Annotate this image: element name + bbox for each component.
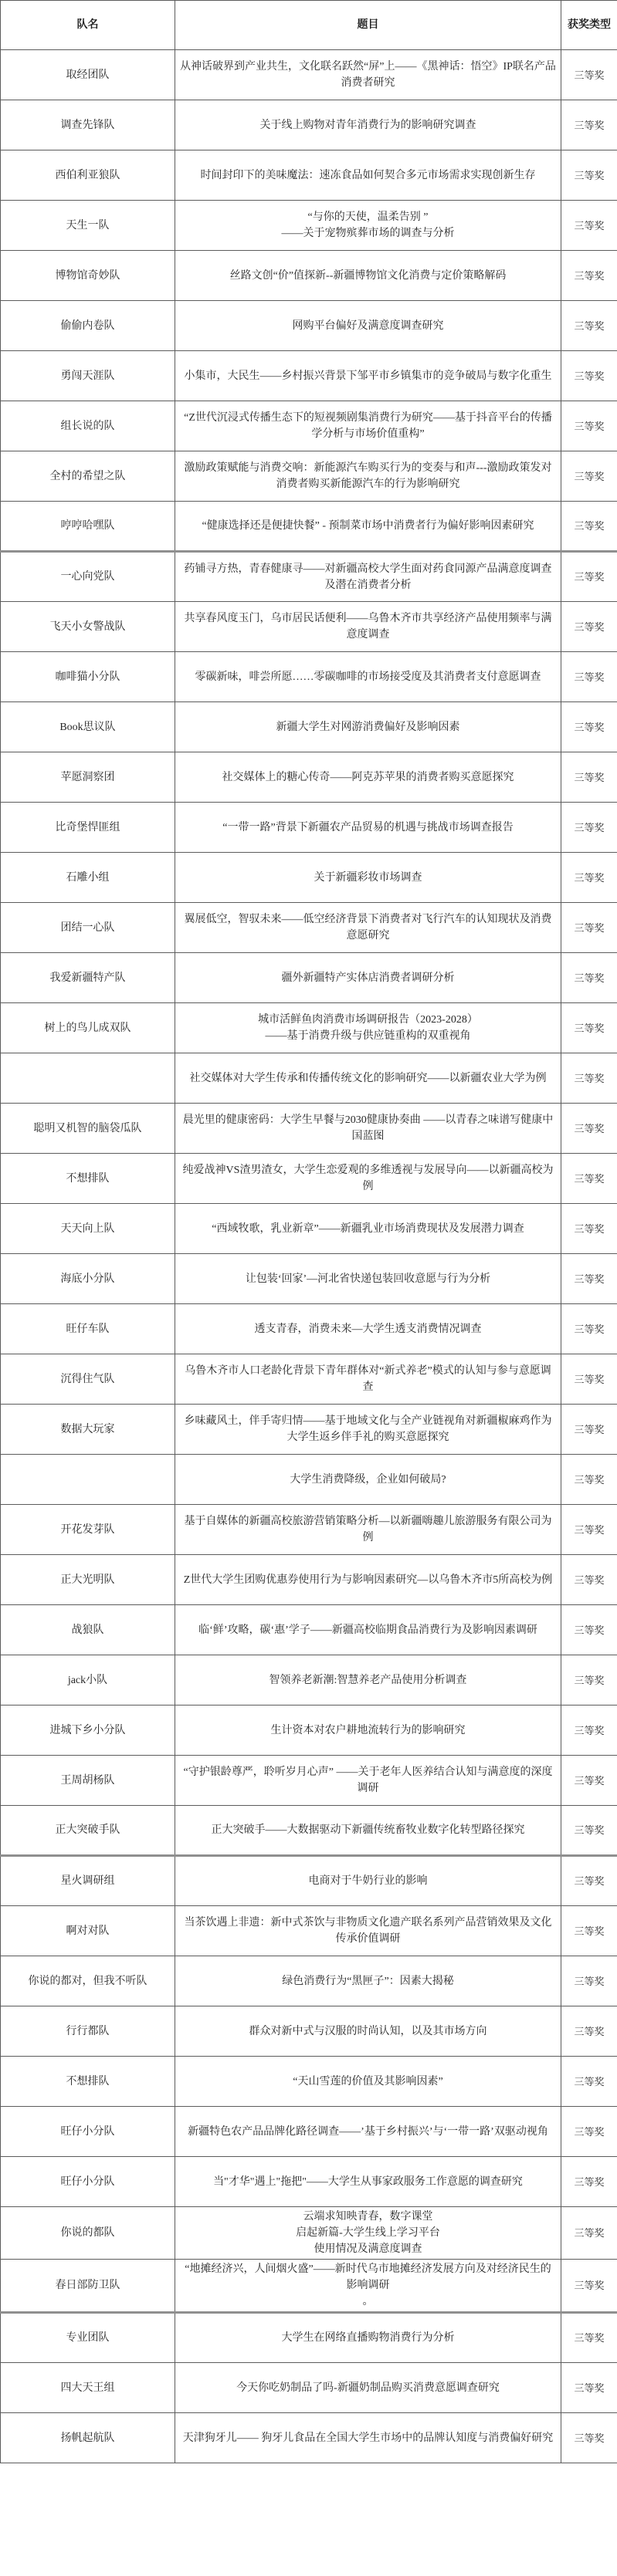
table-row: 社交媒体对大学生传承和传播传统文化的影响研究——以新疆农业大学为例三等奖 [1, 1053, 617, 1104]
team-cell: 正大光明队 [1, 1555, 175, 1605]
title-cell: 乡味藏风土，伴手寄归情——基于地域文化与全产业链视角对新疆椒麻鸡作为大学生返乡伴… [175, 1405, 561, 1455]
table-row: 咖啡猫小分队零碳新味，啡尝所愿……零碳咖啡的市场接受度及其消费者支付意愿调查三等… [1, 652, 617, 702]
title-cell: 今天你吃奶制品了吗-新疆奶制品购买消费意愿调查研究 [175, 2363, 561, 2413]
award-badge: 三等奖 [561, 552, 617, 602]
team-cell: 比奇堡悍匪组 [1, 803, 175, 853]
title-cell: 基于自媒体的新疆高校旅游营销策略分析—以新疆嗨趣儿旅游服务有限公司为例 [175, 1505, 561, 1555]
table-row: 行行都队群众对新中式与汉服的时尚认知，以及其市场方向三等奖 [1, 2006, 617, 2057]
table-row: 旺仔车队透支青春，消费未来—大学生透支消费情况调查三等奖 [1, 1304, 617, 1354]
team-cell: 海底小分队 [1, 1254, 175, 1304]
award-badge: 三等奖 [561, 1605, 617, 1655]
title-cell: 激励政策赋能与消费交响：新能源汽车购买行为的变奏与和声---激励政策发对消费者购… [175, 451, 561, 502]
title-cell: 云端求知映青春，数字课堂 启起新篇-大学生线上学习平台 使用情况及满意度调查 [175, 2207, 561, 2260]
award-badge: 三等奖 [561, 1806, 617, 1856]
table-row: 正大突破手队正大突破手——大数据驱动下新疆传统畜牧业数字化转型路径探究三等奖 [1, 1806, 617, 1856]
title-cell: 天津狗牙儿—— 狗牙儿食品在全国大学生市场中的品牌认知度与消费偏好研究 [175, 2413, 561, 2463]
award-badge: 三等奖 [561, 2057, 617, 2107]
award-badge: 三等奖 [561, 1053, 617, 1104]
award-badge: 三等奖 [561, 451, 617, 502]
award-badge: 三等奖 [561, 1956, 617, 2006]
table-row: 大学生消费降级，企业如何破局?三等奖 [1, 1455, 617, 1505]
title-cell: 晨光里的健康密码：大学生早餐与2030健康协奏曲 ——以青春之味谱写健康中国蓝图 [175, 1104, 561, 1154]
award-badge: 三等奖 [561, 1756, 617, 1806]
team-cell: 啊对对队 [1, 1906, 175, 1956]
table-row: 团结一心队翼展低空，智驭未来——低空经济背景下消费者对飞行汽车的认知现状及消费意… [1, 903, 617, 953]
award-badge: 三等奖 [561, 351, 617, 401]
award-badge: 三等奖 [561, 1706, 617, 1756]
team-cell: 正大突破手队 [1, 1806, 175, 1856]
team-cell: 四大天王组 [1, 2363, 175, 2413]
award-badge: 三等奖 [561, 2107, 617, 2157]
table-row: 星火调研组电商对于牛奶行业的影响三等奖 [1, 1856, 617, 1906]
team-cell: 聪明又机智的脑袋瓜队 [1, 1104, 175, 1154]
title-cell: 疆外新疆特产实体店消费者调研分析 [175, 953, 561, 1003]
table-row: 组长说的队“Z世代沉浸式传播生态下的短视频剧集消费行为研究——基于抖音平台的传播… [1, 401, 617, 451]
award-badge: 三等奖 [561, 752, 617, 803]
team-cell: 进城下乡小分队 [1, 1706, 175, 1756]
title-cell: 共享春风度玉门，乌市居民话便利——乌鲁木齐市共享经济产品使用频率与满意度调查 [175, 602, 561, 652]
award-badge: 三等奖 [561, 2413, 617, 2463]
award-badge: 三等奖 [561, 1154, 617, 1204]
award-badge: 三等奖 [561, 50, 617, 100]
title-cell: 零碳新味，啡尝所愿……零碳咖啡的市场接受度及其消费者支付意愿调查 [175, 652, 561, 702]
title-cell: “健康选择还是便捷快餐” - 预制菜市场中消费者行为偏好影响因素研究 [175, 502, 561, 552]
team-cell: 开花发芽队 [1, 1505, 175, 1555]
team-cell: 团结一心队 [1, 903, 175, 953]
title-cell: 当茶饮遇上非遗：新中式茶饮与非物质文化遗产联名系列产品营销效果及文化传承价值调研 [175, 1906, 561, 1956]
title-cell: 临‘鲜’攻略，碳‘惠’学子——新疆高校临期食品消费行为及影响因素调研 [175, 1605, 561, 1655]
award-badge: 三等奖 [561, 2363, 617, 2413]
title-cell: 关于新疆彩妆市场调查 [175, 853, 561, 903]
table-row: 开花发芽队基于自媒体的新疆高校旅游营销策略分析—以新疆嗨趣儿旅游服务有限公司为例… [1, 1505, 617, 1555]
title-cell: 社交媒体上的糖心传奇——阿克苏苹果的消费者购买意愿探究 [175, 752, 561, 803]
award-badge: 三等奖 [561, 702, 617, 752]
team-cell: 行行都队 [1, 2006, 175, 2057]
table-row: 偷偷内卷队网购平台偏好及满意度调查研究三等奖 [1, 301, 617, 351]
table-row: 取经团队从神话破界到产业共生，文化联名跃然“屏”上——《黑神话：悟空》IP联名产… [1, 50, 617, 100]
table-row: 你说的都对，但我不听队绿色消费行为“黑匣子”：因素大揭秘三等奖 [1, 1956, 617, 2006]
title-cell: 城市活鲜鱼肉消费市场调研报告（2023-2028） ——基于消费升级与供应链重构… [175, 1003, 561, 1053]
team-cell: 博物馆奇妙队 [1, 251, 175, 301]
team-cell: 春日部防卫队 [1, 2260, 175, 2313]
table-row: 正大光明队Z世代大学生团购优惠券使用行为与影响因素研究—以乌鲁木齐市5所高校为例… [1, 1555, 617, 1605]
team-cell: 取经团队 [1, 50, 175, 100]
column-header-award: 获奖类型 [561, 1, 617, 50]
team-cell: 全村的希望之队 [1, 451, 175, 502]
title-cell: “天山雪莲的价值及其影响因素” [175, 2057, 561, 2107]
header-row: 队名 题目 获奖类型 [1, 1, 617, 50]
award-badge: 三等奖 [561, 1354, 617, 1405]
table-row: 西伯利亚狼队时间封印下的美味魔法：速冻食品如何契合多元市场需求实现创新生存三等奖 [1, 150, 617, 201]
title-cell: 让包装‘回家’—河北省快递包装回收意愿与行为分析 [175, 1254, 561, 1304]
award-badge: 三等奖 [561, 100, 617, 150]
team-cell: 你说的都队 [1, 2207, 175, 2260]
title-cell: “地摊经济兴，人间烟火盛”——新时代乌市地摊经济发展方向及对经济民生的影响调研 … [175, 2260, 561, 2313]
award-badge: 三等奖 [561, 1555, 617, 1605]
award-badge: 三等奖 [561, 1856, 617, 1906]
team-cell: 专业团队 [1, 2313, 175, 2363]
table-row: 调查先锋队关于线上购物对青年消费行为的影响研究调查三等奖 [1, 100, 617, 150]
table-row: 战狼队临‘鲜’攻略，碳‘惠’学子——新疆高校临期食品消费行为及影响因素调研三等奖 [1, 1605, 617, 1655]
title-cell: 透支青春，消费未来—大学生透支消费情况调查 [175, 1304, 561, 1354]
award-badge: 三等奖 [561, 652, 617, 702]
title-cell: 丝路文创“价”值探新--新疆博物馆文化消费与定价策略解码 [175, 251, 561, 301]
team-cell: 旺仔车队 [1, 1304, 175, 1354]
title-cell: 新疆大学生对网游消费偏好及影响因素 [175, 702, 561, 752]
title-cell: 智领养老新潮:智慧养老产品使用分析调查 [175, 1655, 561, 1706]
team-cell: 天天向上队 [1, 1204, 175, 1254]
award-badge: 三等奖 [561, 1505, 617, 1555]
title-cell: 生计资本对农户耕地流转行为的影响研究 [175, 1706, 561, 1756]
table-row: 聪明又机智的脑袋瓜队晨光里的健康密码：大学生早餐与2030健康协奏曲 ——以青春… [1, 1104, 617, 1154]
title-cell: 翼展低空，智驭未来——低空经济背景下消费者对飞行汽车的认知现状及消费意愿研究 [175, 903, 561, 953]
title-cell: Z世代大学生团购优惠券使用行为与影响因素研究—以乌鲁木齐市5所高校为例 [175, 1555, 561, 1605]
team-cell [1, 1455, 175, 1505]
award-badge: 三等奖 [561, 201, 617, 251]
title-cell: 关于线上购物对青年消费行为的影响研究调查 [175, 100, 561, 150]
team-cell: 扬帆起航队 [1, 2413, 175, 2463]
team-cell: 苹愿洞察团 [1, 752, 175, 803]
table-row: 不想排队“天山雪莲的价值及其影响因素”三等奖 [1, 2057, 617, 2107]
table-row: 春日部防卫队“地摊经济兴，人间烟火盛”——新时代乌市地摊经济发展方向及对经济民生… [1, 2260, 617, 2313]
award-badge: 三等奖 [561, 1304, 617, 1354]
table-row: 飞天小女警战队共享春风度玉门，乌市居民话便利——乌鲁木齐市共享经济产品使用频率与… [1, 602, 617, 652]
table-row: 一心向党队药铺寻方热，青春健康寻——对新疆高校大学生面对药食同源产品满意度调查及… [1, 552, 617, 602]
award-badge: 三等奖 [561, 1906, 617, 1956]
award-badge: 三等奖 [561, 903, 617, 953]
title-cell: “西域牧歌，乳业新章”——新疆乳业市场消费现状及发展潜力调查 [175, 1204, 561, 1254]
table-row: Book思议队新疆大学生对网游消费偏好及影响因素三等奖 [1, 702, 617, 752]
title-cell: “Z世代沉浸式传播生态下的短视频剧集消费行为研究——基于抖音平台的传播学分析与市… [175, 401, 561, 451]
table-row: 天生一队“与你的天使，温柔告别 ” ——关于宠物殡葬市场的调查与分析三等奖 [1, 201, 617, 251]
table-row: 苹愿洞察团社交媒体上的糖心传奇——阿克苏苹果的消费者购买意愿探究三等奖 [1, 752, 617, 803]
table-row: 旺仔小分队当"才华"遇上"拖把"——大学生从事家政服务工作意愿的调查研究三等奖 [1, 2157, 617, 2207]
award-badge: 三等奖 [561, 1254, 617, 1304]
table-row: 天天向上队“西域牧歌，乳业新章”——新疆乳业市场消费现状及发展潜力调查三等奖 [1, 1204, 617, 1254]
award-badge: 三等奖 [561, 251, 617, 301]
title-cell: 大学生消费降级，企业如何破局? [175, 1455, 561, 1505]
table-row: 比奇堡悍匪组“一带一路”背景下新疆农产品贸易的机遇与挑战市场调查报告三等奖 [1, 803, 617, 853]
column-header-title: 题目 [175, 1, 561, 50]
award-badge: 三等奖 [561, 1455, 617, 1505]
award-badge: 三等奖 [561, 2006, 617, 2057]
table-row: 勇闯天涯队小集市，大民生——乡村振兴背景下邹平市乡镇集市的竞争破局与数字化重生三… [1, 351, 617, 401]
title-cell: 群众对新中式与汉服的时尚认知，以及其市场方向 [175, 2006, 561, 2057]
title-cell: 大学生在网络直播购物消费行为分析 [175, 2313, 561, 2363]
team-cell: 数据大玩家 [1, 1405, 175, 1455]
column-header-team: 队名 [1, 1, 175, 50]
table-row: 四大天王组今天你吃奶制品了吗-新疆奶制品购买消费意愿调查研究三等奖 [1, 2363, 617, 2413]
team-cell: Book思议队 [1, 702, 175, 752]
title-cell: 新疆特色农产品品牌化路径调查——’基于乡村振兴’与‘一带一路’双驱动视角 [175, 2107, 561, 2157]
team-cell: 飞天小女警战队 [1, 602, 175, 652]
title-cell: 电商对于牛奶行业的影响 [175, 1856, 561, 1906]
table-row: 专业团队大学生在网络直播购物消费行为分析三等奖 [1, 2313, 617, 2363]
team-cell [1, 1053, 175, 1104]
team-cell: 调查先锋队 [1, 100, 175, 150]
award-badge: 三等奖 [561, 953, 617, 1003]
team-cell: 不想排队 [1, 1154, 175, 1204]
title-cell: 时间封印下的美味魔法：速冻食品如何契合多元市场需求实现创新生存 [175, 150, 561, 201]
team-cell: 星火调研组 [1, 1856, 175, 1906]
title-cell: 当"才华"遇上"拖把"——大学生从事家政服务工作意愿的调查研究 [175, 2157, 561, 2207]
team-cell: 西伯利亚狼队 [1, 150, 175, 201]
title-cell: 药铺寻方热，青春健康寻——对新疆高校大学生面对药食同源产品满意度调查及潜在消费者… [175, 552, 561, 602]
team-cell: 王周胡杨队 [1, 1756, 175, 1806]
team-cell: 旺仔小分队 [1, 2107, 175, 2157]
team-cell: 组长说的队 [1, 401, 175, 451]
title-cell: 绿色消费行为“黑匣子”：因素大揭秘 [175, 1956, 561, 2006]
team-cell: 天生一队 [1, 201, 175, 251]
team-cell: 树上的鸟儿成双队 [1, 1003, 175, 1053]
team-cell: jack小队 [1, 1655, 175, 1706]
team-cell: 哼哼哈嘿队 [1, 502, 175, 552]
award-badge: 三等奖 [561, 401, 617, 451]
award-badge: 三等奖 [561, 502, 617, 552]
table-row: 不想排队纯爱战神VS渣男渣女，大学生恋爱观的多维透视与发展导向——以新疆高校为例… [1, 1154, 617, 1204]
team-cell: 咖啡猫小分队 [1, 652, 175, 702]
team-cell: 你说的都对，但我不听队 [1, 1956, 175, 2006]
title-cell: “守护银龄尊严，聆听岁月心声” ——关于老年人医养结合认知与满意度的深度调研 [175, 1756, 561, 1806]
awards-table-header: 队名 题目 获奖类型 [1, 1, 617, 50]
award-badge: 三等奖 [561, 150, 617, 201]
team-cell: 一心向党队 [1, 552, 175, 602]
table-row: 啊对对队当茶饮遇上非遗：新中式茶饮与非物质文化遗产联名系列产品营销效果及文化传承… [1, 1906, 617, 1956]
award-badge: 三等奖 [561, 602, 617, 652]
table-row: 我爱新疆特产队疆外新疆特产实体店消费者调研分析三等奖 [1, 953, 617, 1003]
award-badge: 三等奖 [561, 2207, 617, 2260]
award-badge: 三等奖 [561, 803, 617, 853]
table-row: 石雕小组关于新疆彩妆市场调查三等奖 [1, 853, 617, 903]
team-cell: 旺仔小分队 [1, 2157, 175, 2207]
award-badge: 三等奖 [561, 1655, 617, 1706]
title-cell: “一带一路”背景下新疆农产品贸易的机遇与挑战市场调查报告 [175, 803, 561, 853]
table-row: 数据大玩家乡味藏风土，伴手寄归情——基于地域文化与全产业链视角对新疆椒麻鸡作为大… [1, 1405, 617, 1455]
team-cell: 不想排队 [1, 2057, 175, 2107]
title-cell: 从神话破界到产业共生，文化联名跃然“屏”上——《黑神话：悟空》IP联名产品消费者… [175, 50, 561, 100]
award-badge: 三等奖 [561, 2260, 617, 2313]
table-row: 全村的希望之队激励政策赋能与消费交响：新能源汽车购买行为的变奏与和声---激励政… [1, 451, 617, 502]
table-row: 扬帆起航队天津狗牙儿—— 狗牙儿食品在全国大学生市场中的品牌认知度与消费偏好研究… [1, 2413, 617, 2463]
table-row: 博物馆奇妙队丝路文创“价”值探新--新疆博物馆文化消费与定价策略解码三等奖 [1, 251, 617, 301]
table-row: 哼哼哈嘿队“健康选择还是便捷快餐” - 预制菜市场中消费者行为偏好影响因素研究三… [1, 502, 617, 552]
team-cell: 我爱新疆特产队 [1, 953, 175, 1003]
team-cell: 沉得住气队 [1, 1354, 175, 1405]
table-row: 沉得住气队乌鲁木齐市人口老龄化背景下青年群体对“新式养老”模式的认知与参与意愿调… [1, 1354, 617, 1405]
award-badge: 三等奖 [561, 2157, 617, 2207]
award-badge: 三等奖 [561, 1204, 617, 1254]
awards-table: 队名 题目 获奖类型 取经团队从神话破界到产业共生，文化联名跃然“屏”上——《黑… [0, 0, 617, 2463]
title-cell: 纯爱战神VS渣男渣女，大学生恋爱观的多维透视与发展导向——以新疆高校为例 [175, 1154, 561, 1204]
table-row: 海底小分队让包装‘回家’—河北省快递包装回收意愿与行为分析三等奖 [1, 1254, 617, 1304]
award-badge: 三等奖 [561, 1405, 617, 1455]
team-cell: 勇闯天涯队 [1, 351, 175, 401]
document-page: 队名 题目 获奖类型 取经团队从神话破界到产业共生，文化联名跃然“屏”上——《黑… [0, 0, 617, 2463]
title-cell: “与你的天使，温柔告别 ” ——关于宠物殡葬市场的调查与分析 [175, 201, 561, 251]
table-row: 王周胡杨队“守护银龄尊严，聆听岁月心声” ——关于老年人医养结合认知与满意度的深… [1, 1756, 617, 1806]
table-row: 你说的都队云端求知映青春，数字课堂 启起新篇-大学生线上学习平台 使用情况及满意… [1, 2207, 617, 2260]
award-badge: 三等奖 [561, 1003, 617, 1053]
title-cell: 小集市，大民生——乡村振兴背景下邹平市乡镇集市的竞争破局与数字化重生 [175, 351, 561, 401]
award-badge: 三等奖 [561, 2313, 617, 2363]
title-cell: 网购平台偏好及满意度调查研究 [175, 301, 561, 351]
award-badge: 三等奖 [561, 1104, 617, 1154]
table-row: 树上的鸟儿成双队城市活鲜鱼肉消费市场调研报告（2023-2028） ——基于消费… [1, 1003, 617, 1053]
title-cell: 正大突破手——大数据驱动下新疆传统畜牧业数字化转型路径探究 [175, 1806, 561, 1856]
table-row: 旺仔小分队新疆特色农产品品牌化路径调查——’基于乡村振兴’与‘一带一路’双驱动视… [1, 2107, 617, 2157]
table-row: 进城下乡小分队生计资本对农户耕地流转行为的影响研究三等奖 [1, 1706, 617, 1756]
award-badge: 三等奖 [561, 301, 617, 351]
team-cell: 战狼队 [1, 1605, 175, 1655]
awards-table-body: 取经团队从神话破界到产业共生，文化联名跃然“屏”上——《黑神话：悟空》IP联名产… [1, 50, 617, 2463]
award-badge: 三等奖 [561, 853, 617, 903]
title-cell: 社交媒体对大学生传承和传播传统文化的影响研究——以新疆农业大学为例 [175, 1053, 561, 1104]
team-cell: 偷偷内卷队 [1, 301, 175, 351]
team-cell: 石雕小组 [1, 853, 175, 903]
title-cell: 乌鲁木齐市人口老龄化背景下青年群体对“新式养老”模式的认知与参与意愿调查 [175, 1354, 561, 1405]
table-row: jack小队智领养老新潮:智慧养老产品使用分析调查三等奖 [1, 1655, 617, 1706]
